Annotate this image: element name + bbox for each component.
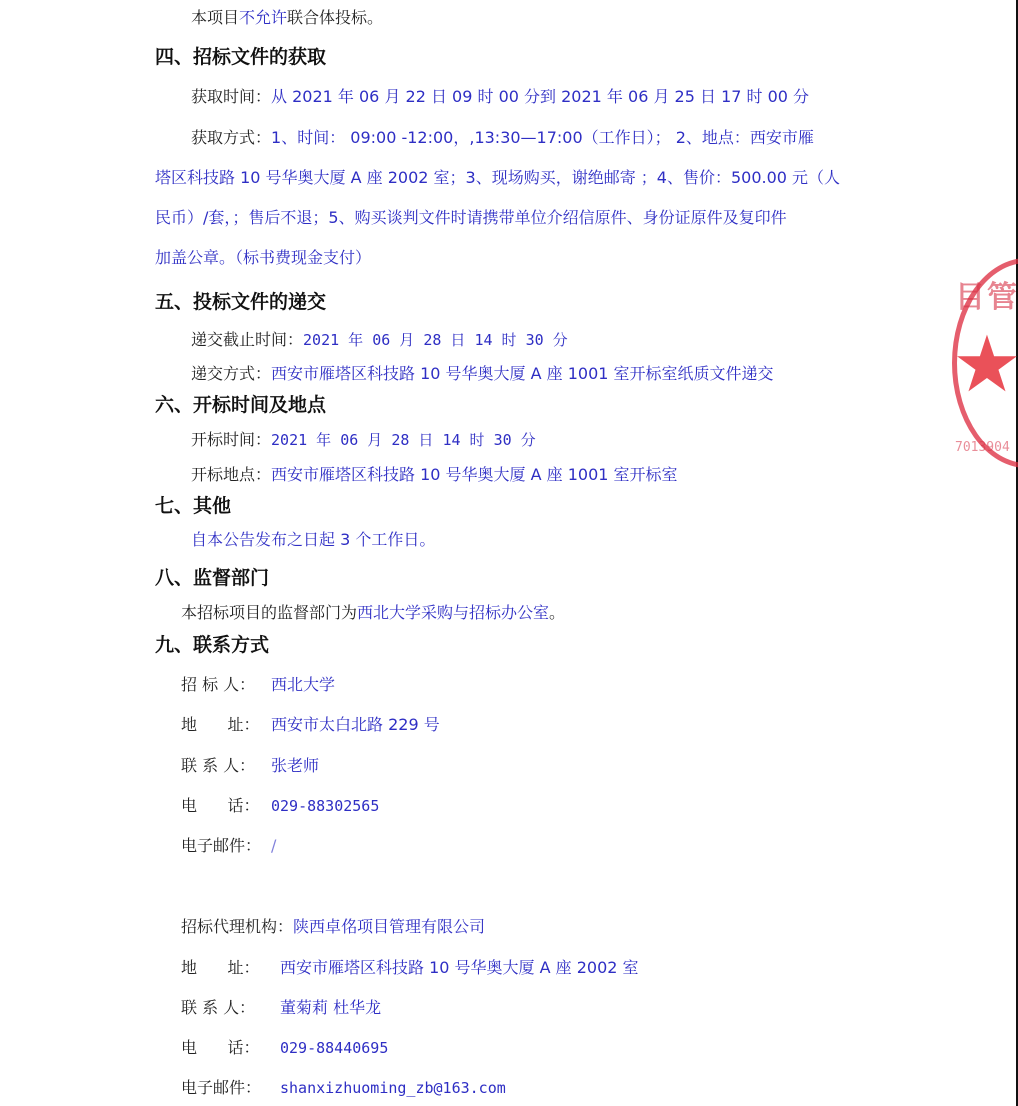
agency-name: 招标代理机构：陕西卓佲项目管理有限公司 xyxy=(181,917,485,937)
section-heading-6: 六、开标时间及地点 xyxy=(155,393,326,417)
agency-address-label: 地 址： xyxy=(181,958,280,978)
agency-phone-value: 029-88440695 xyxy=(280,1039,388,1057)
agency-address: 地 址：西安市雁塔区科技路 10 号华奥大厦 A 座 2002 室 xyxy=(181,958,639,978)
tenderer-name-value: 西北大学 xyxy=(271,675,335,694)
note-highlight: 不允许 xyxy=(239,8,287,27)
section-heading-9: 九、联系方式 xyxy=(155,633,269,657)
agency-email-label: 电子邮件： xyxy=(181,1078,280,1098)
agency-name-value: 陕西卓佲项目管理有限公司 xyxy=(293,917,485,936)
section-heading-8: 八、监督部门 xyxy=(155,566,269,590)
opening-place: 开标地点：西安市雁塔区科技路 10 号华奥大厦 A 座 1001 室开标室 xyxy=(191,465,678,485)
acquire-method-text: 1、时间： 09:00 -12:00，,13:30—17:00（工作日）； 2、… xyxy=(271,128,814,147)
seal-star-icon: ★ xyxy=(952,325,1018,405)
acquire-method-label: 获取方式： xyxy=(191,128,271,147)
tenderer-contact: 联 系 人：张老师 xyxy=(181,756,319,776)
seal-text: 目管理 xyxy=(955,272,1018,316)
section-heading-4: 四、招标文件的获取 xyxy=(155,45,326,69)
tenderer-address: 地 址：西安市太白北路 229 号 xyxy=(181,715,440,735)
acquire-time: 获取时间：从 2021 年 06 月 22 日 09 时 00 分到 2021 … xyxy=(191,87,809,107)
agency-phone: 电 话：029-88440695 xyxy=(181,1038,388,1058)
acquire-method-line2: 塔区科技路 10 号华奥大厦 A 座 2002 室；3、现场购买，谢绝邮寄 ；4… xyxy=(155,168,840,188)
agency-phone-label: 电 话： xyxy=(181,1038,280,1058)
tenderer-email-value: / xyxy=(271,836,276,855)
tenderer-contact-value: 张老师 xyxy=(271,756,319,775)
tenderer-address-label: 地 址： xyxy=(181,715,271,735)
tenderer-phone: 电 话：029-88302565 xyxy=(181,796,379,816)
supervision-dept-name: 西北大学采购与招标办公室 xyxy=(357,603,549,622)
agency-contact: 联 系 人：董菊莉 杜华龙 xyxy=(181,998,381,1018)
opening-place-label: 开标地点： xyxy=(191,465,271,484)
agency-name-label: 招标代理机构： xyxy=(181,917,293,936)
acquire-method-line4: 加盖公章。（标书费现金支付） xyxy=(155,248,371,268)
tenderer-name: 招 标 人：西北大学 xyxy=(181,675,335,695)
tenderer-contact-label: 联 系 人： xyxy=(181,756,271,776)
tenderer-phone-label: 电 话： xyxy=(181,796,271,816)
seal-number: 7013904 xyxy=(955,440,1010,455)
other-note: 自本公告发布之日起 3 个工作日。 xyxy=(191,530,435,550)
agency-address-value: 西安市雁塔区科技路 10 号华奥大厦 A 座 2002 室 xyxy=(280,958,639,977)
submit-method-value: 西安市雁塔区科技路 10 号华奥大厦 A 座 1001 室开标室纸质文件递交 xyxy=(271,364,774,383)
acquire-time-label: 获取时间： xyxy=(191,87,271,106)
opening-time-label: 开标时间： xyxy=(191,430,271,449)
submit-deadline-value: 2021 年 06 月 28 日 14 时 30 分 xyxy=(303,331,568,349)
opening-time-value: 2021 年 06 月 28 日 14 时 30 分 xyxy=(271,431,536,449)
acquire-method-line1: 获取方式：1、时间： 09:00 -12:00，,13:30—17:00（工作日… xyxy=(191,128,814,148)
supervision-suffix: 。 xyxy=(549,603,565,622)
tenderer-address-value: 西安市太白北路 229 号 xyxy=(271,715,440,734)
tenderer-email: 电子邮件：/ xyxy=(181,836,276,856)
supervision-prefix: 本招标项目的监督部门为 xyxy=(181,603,357,622)
submit-deadline: 递交截止时间：2021 年 06 月 28 日 14 时 30 分 xyxy=(191,330,568,350)
submit-method: 递交方式：西安市雁塔区科技路 10 号华奥大厦 A 座 1001 室开标室纸质文… xyxy=(191,364,774,384)
note-prefix: 本项目 xyxy=(191,8,239,27)
tenderer-name-label: 招 标 人： xyxy=(181,675,271,695)
section-heading-5: 五、投标文件的递交 xyxy=(155,290,326,314)
agency-email-value: shanxizhuoming_zb@163.com xyxy=(280,1079,506,1097)
consortium-note: 本项目不允许联合体投标。 xyxy=(191,8,383,28)
submit-deadline-label: 递交截止时间： xyxy=(191,330,303,349)
note-suffix: 联合体投标。 xyxy=(287,8,383,27)
acquire-method-line3: 民币）/套，；售后不退；5、购买谈判文件时请携带单位介绍信原件、身份证原件及复印… xyxy=(155,208,787,228)
tenderer-email-label: 电子邮件： xyxy=(181,836,271,856)
tenderer-phone-value: 029-88302565 xyxy=(271,797,379,815)
agency-contact-label: 联 系 人： xyxy=(181,998,280,1018)
agency-email: 电子邮件：shanxizhuoming_zb@163.com xyxy=(181,1078,506,1098)
opening-place-value: 西安市雁塔区科技路 10 号华奥大厦 A 座 1001 室开标室 xyxy=(271,465,678,484)
acquire-time-value: 从 2021 年 06 月 22 日 09 时 00 分到 2021 年 06 … xyxy=(271,87,809,106)
submit-method-label: 递交方式： xyxy=(191,364,271,383)
supervision-dept: 本招标项目的监督部门为西北大学采购与招标办公室。 xyxy=(181,603,565,623)
agency-contact-value: 董菊莉 杜华龙 xyxy=(280,998,381,1017)
section-heading-7: 七、其他 xyxy=(155,494,231,518)
opening-time: 开标时间：2021 年 06 月 28 日 14 时 30 分 xyxy=(191,430,536,450)
